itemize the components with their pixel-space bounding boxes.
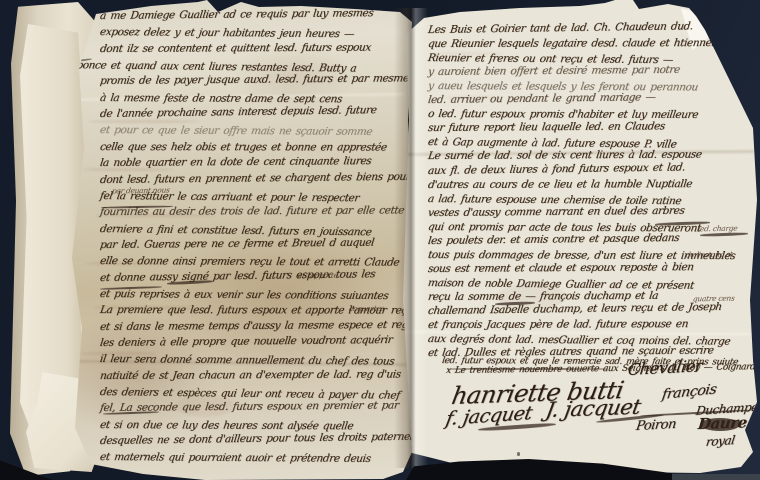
manuscript-line: elle se donne ainsi premiers reçu le tou… bbox=[99, 255, 400, 269]
manuscript-line: sous est rement et claude et espoux repo… bbox=[427, 261, 694, 275]
manuscript-line: desquelles ne se dont d'ailleurs pour to… bbox=[99, 431, 418, 447]
manuscript-line: aux fl. de deux liures à fond futurs esp… bbox=[427, 161, 686, 177]
manuscript-line: dont ilz se contentent et quittent lesd.… bbox=[99, 41, 371, 54]
manuscript-line: à la mesme feste de nostre dame de sept … bbox=[99, 92, 343, 105]
manuscript-line: natiuité de st Jean chacun an d'exempter… bbox=[99, 368, 401, 382]
interline-note: de l'estang st bbox=[685, 250, 733, 260]
ink-strikethrough bbox=[448, 368, 608, 370]
manuscript-line: dont lesd. futurs en prennent et se char… bbox=[99, 170, 428, 185]
manuscript-line: challemand Isabelle duchamp, et leurs re… bbox=[427, 301, 722, 317]
signature: royal bbox=[705, 433, 736, 449]
ink-blot bbox=[700, 418, 740, 431]
right-page: Les Buis et Goirier tant de lad. Ch. Cha… bbox=[400, 0, 760, 480]
manuscript-line: o led. futur espoux promis d'habiter et … bbox=[427, 108, 699, 121]
manuscript-line: la noble quartier en la dote de cent cin… bbox=[99, 155, 372, 169]
manuscript-line: a me Damiege Guallier ad ce requis par l… bbox=[99, 7, 374, 22]
interline-note: acquestes bbox=[348, 304, 384, 314]
manuscript-line: de l'année prochaine sans interest depui… bbox=[99, 104, 377, 120]
manuscript-line: promis de les payer jusque auxd. lesd. f… bbox=[99, 73, 409, 88]
manuscript-line: led. arriuer ou pendant le grand mariage… bbox=[427, 91, 656, 106]
manuscript-line: reçu la somme de — françois duchamp et l… bbox=[427, 290, 659, 303]
page-fold-gutter bbox=[394, 8, 428, 468]
signature: Poiron bbox=[635, 417, 677, 434]
ink-speck bbox=[517, 452, 520, 456]
manuscript-photo: a me Damiege Guallier ad ce requis par l… bbox=[0, 0, 760, 480]
manuscript-line: il leur sera donné somme annuellement du… bbox=[99, 353, 395, 368]
left-page: a me Damiege Guallier ad ce requis par l… bbox=[55, 0, 417, 480]
manuscript-line: derniere a fini et constitue lesd. futur… bbox=[99, 223, 372, 238]
signature: Chevalier bbox=[627, 356, 703, 379]
manuscript-line: que Rieunier lesquels legataire desd. cl… bbox=[427, 37, 725, 50]
ink-bleedthrough bbox=[89, 120, 199, 123]
manuscript-line: par led. Gueras pere ne ce ferme et Breu… bbox=[99, 237, 375, 251]
manuscript-line: et maternels qui pourraient auoir et pré… bbox=[99, 451, 371, 465]
manuscript-line: Les Buis et Goirier tant de lad. Ch. Cha… bbox=[427, 20, 693, 36]
manuscript-line: exposez delez y et jour habitantes jeun … bbox=[99, 26, 355, 40]
manuscript-line: vestes d'aussy comme narrant en duel des… bbox=[427, 204, 685, 218]
manuscript-line: celle que ses helz obis et truges et bon… bbox=[99, 141, 387, 154]
manuscript-line: sur future report lieu laquelle led. en … bbox=[427, 121, 665, 135]
manuscript-line: et puis reprises à eux venir sur les con… bbox=[99, 288, 389, 302]
manuscript-line: et pour ce que le sieur offre mais ne sç… bbox=[99, 124, 373, 138]
manuscript-line: les poulets der. et amis contre et pasqu… bbox=[427, 232, 680, 247]
manuscript-line: et si dans le mesme temps d'aussy la mes… bbox=[99, 318, 427, 332]
interline-note: et rapporte bbox=[297, 271, 338, 281]
interline-note: par deuant nous bbox=[111, 185, 170, 195]
manuscript-line: y auroient bien offert et desiré mesme p… bbox=[427, 64, 680, 78]
manuscript-line: d'autres au cours de ce lieu et la humbl… bbox=[427, 178, 693, 191]
manuscript-line: les deniers à elle propre que nouuelle v… bbox=[99, 334, 393, 349]
interline-note: quatre cens bbox=[692, 294, 735, 304]
manuscript-line: et si on due ce luy des heures sont alys… bbox=[99, 419, 354, 432]
signature: françois bbox=[661, 381, 718, 402]
manuscript-line: et françois Jacques père de lad. future … bbox=[427, 318, 689, 331]
manuscript-line: Le surné de lad. sol de six cent liures … bbox=[427, 149, 702, 162]
